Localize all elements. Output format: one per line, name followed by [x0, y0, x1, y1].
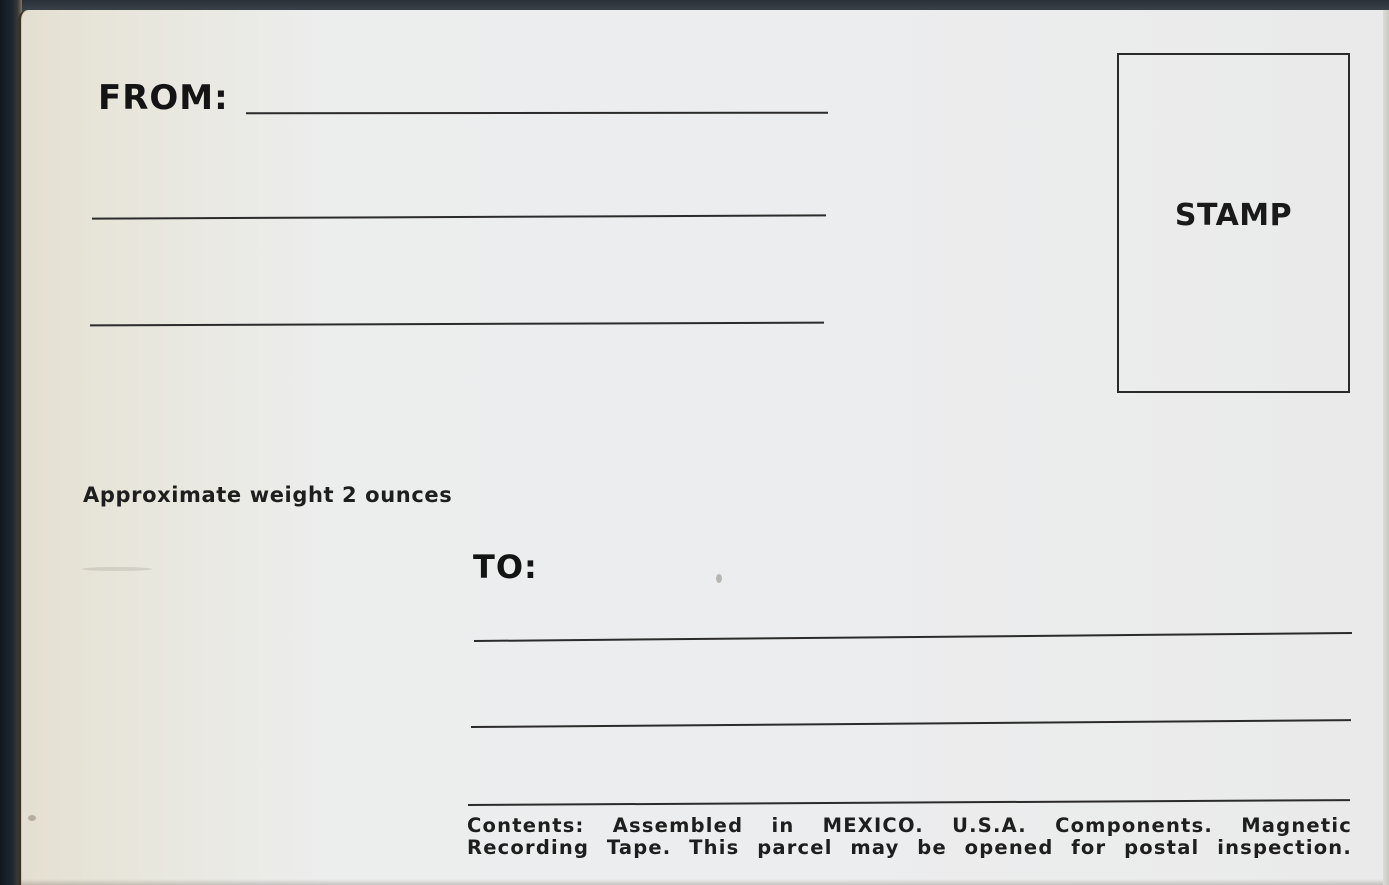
stamp-area: STAMP: [1117, 53, 1350, 393]
contents-notice-line-1: Contents: Assembled in MEXICO. U.S.A. Co…: [467, 815, 1352, 837]
to-label: TO:: [473, 548, 538, 586]
stamp-label: STAMP: [1119, 198, 1348, 233]
wear-mark: [28, 815, 36, 821]
from-label: FROM:: [98, 78, 229, 118]
wear-mark: [82, 567, 152, 571]
contents-notice: Contents: Assembled in MEXICO. U.S.A. Co…: [467, 815, 1352, 859]
wear-mark: [716, 574, 722, 583]
contents-notice-line-2: Recording Tape. This parcel may be opene…: [467, 837, 1352, 859]
package-right-edge: [1383, 10, 1389, 885]
weight-note: Approximate weight 2 ounces: [83, 483, 452, 507]
